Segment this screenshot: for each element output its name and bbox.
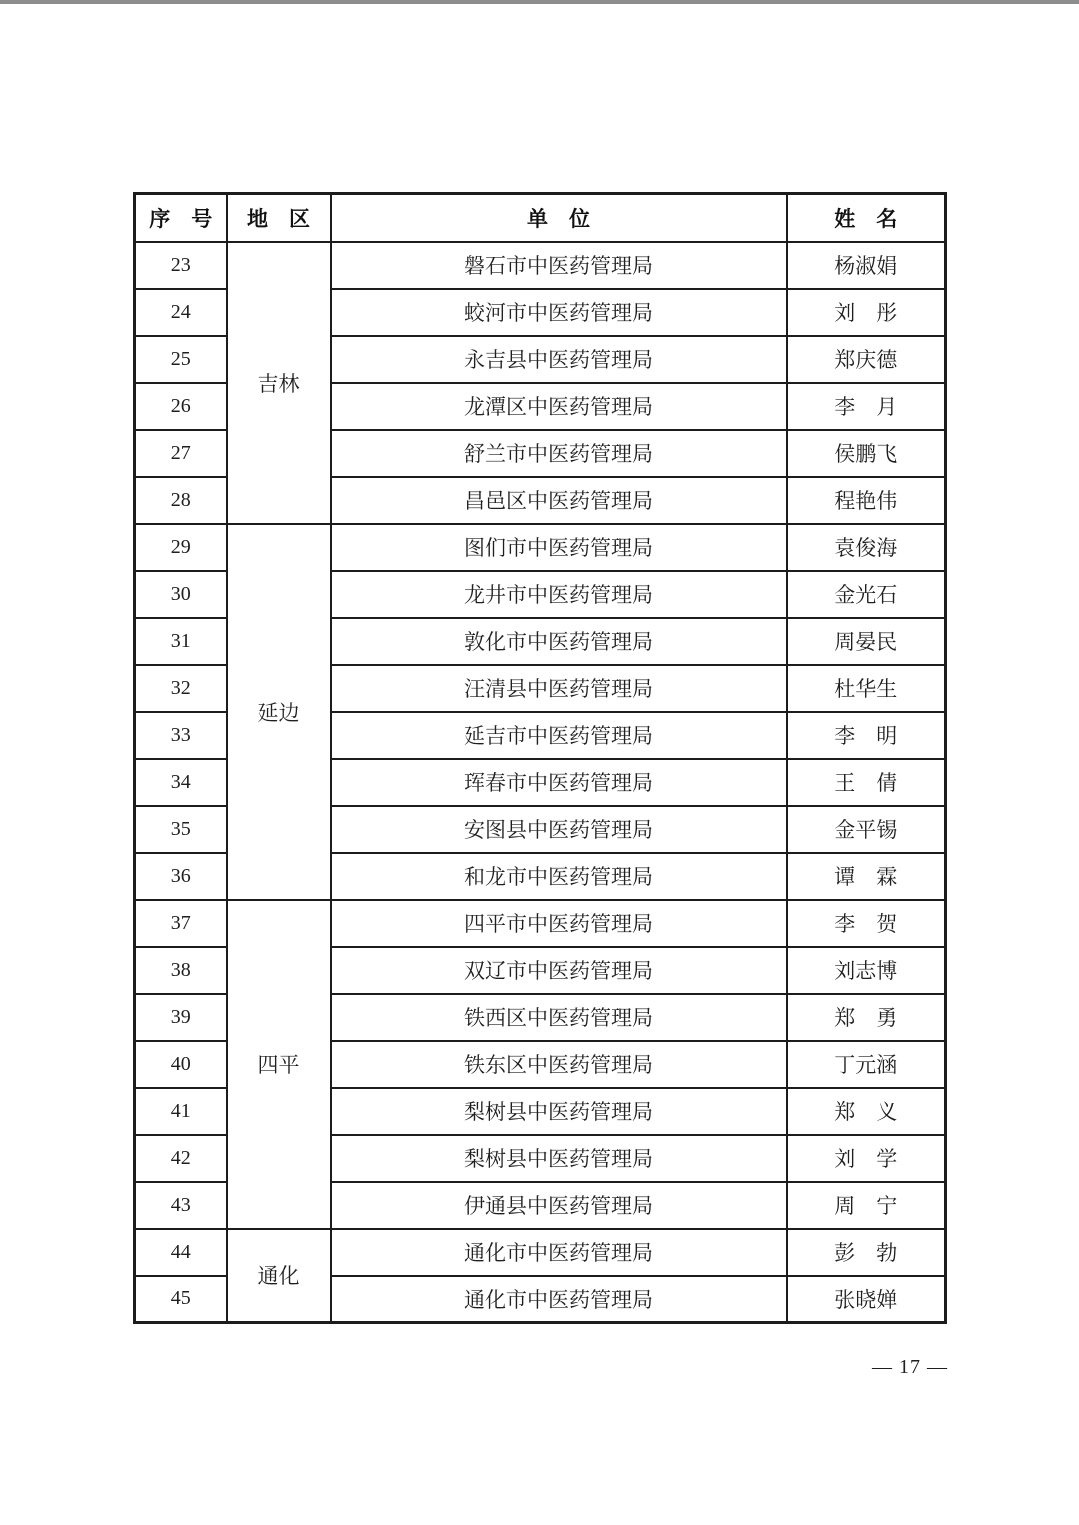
- cell-name: 李 明: [787, 712, 946, 759]
- cell-no: 45: [135, 1276, 227, 1323]
- cell-unit: 珲春市中医药管理局: [331, 759, 787, 806]
- header-cell-region: 地 区: [227, 194, 331, 242]
- cell-region: 延边: [227, 524, 331, 900]
- cell-name: 郑 勇: [787, 994, 946, 1041]
- header-row: 序 号 地 区 单 位 姓 名: [135, 194, 946, 242]
- table-row: 23吉林磐石市中医药管理局杨淑娟: [135, 242, 946, 289]
- cell-name: 侯鹏飞: [787, 430, 946, 477]
- cell-name: 张晓婵: [787, 1276, 946, 1323]
- cell-name: 杨淑娟: [787, 242, 946, 289]
- header-cell-name: 姓 名: [787, 194, 946, 242]
- cell-unit: 安图县中医药管理局: [331, 806, 787, 853]
- cell-name: 周 宁: [787, 1182, 946, 1229]
- cell-no: 42: [135, 1135, 227, 1182]
- cell-unit: 铁西区中医药管理局: [331, 994, 787, 1041]
- cell-name: 丁元涵: [787, 1041, 946, 1088]
- page-number: — 17 —: [872, 1356, 948, 1379]
- cell-no: 26: [135, 383, 227, 430]
- cell-name: 刘志博: [787, 947, 946, 994]
- cell-name: 李 贺: [787, 900, 946, 947]
- cell-no: 23: [135, 242, 227, 289]
- cell-unit: 图们市中医药管理局: [331, 524, 787, 571]
- cell-unit: 龙潭区中医药管理局: [331, 383, 787, 430]
- roster-table-body: 23吉林磐石市中医药管理局杨淑娟24蛟河市中医药管理局刘 彤25永吉县中医药管理…: [135, 242, 946, 1323]
- cell-no: 31: [135, 618, 227, 665]
- cell-name: 程艳伟: [787, 477, 946, 524]
- cell-no: 28: [135, 477, 227, 524]
- cell-unit: 通化市中医药管理局: [331, 1276, 787, 1323]
- cell-no: 44: [135, 1229, 227, 1276]
- cell-region: 通化: [227, 1229, 331, 1323]
- cell-unit: 永吉县中医药管理局: [331, 336, 787, 383]
- cell-unit: 通化市中医药管理局: [331, 1229, 787, 1276]
- cell-name: 郑庆德: [787, 336, 946, 383]
- cell-name: 刘 彤: [787, 289, 946, 336]
- cell-no: 38: [135, 947, 227, 994]
- cell-unit: 磐石市中医药管理局: [331, 242, 787, 289]
- cell-no: 35: [135, 806, 227, 853]
- cell-no: 32: [135, 665, 227, 712]
- cell-unit: 昌邑区中医药管理局: [331, 477, 787, 524]
- cell-no: 27: [135, 430, 227, 477]
- header-cell-unit: 单 位: [331, 194, 787, 242]
- cell-no: 24: [135, 289, 227, 336]
- cell-name: 刘 学: [787, 1135, 946, 1182]
- cell-name: 王 倩: [787, 759, 946, 806]
- cell-unit: 龙井市中医药管理局: [331, 571, 787, 618]
- cell-no: 34: [135, 759, 227, 806]
- cell-region: 四平: [227, 900, 331, 1229]
- cell-name: 彭 勃: [787, 1229, 946, 1276]
- cell-name: 杜华生: [787, 665, 946, 712]
- cell-no: 43: [135, 1182, 227, 1229]
- cell-name: 谭 霖: [787, 853, 946, 900]
- cell-unit: 伊通县中医药管理局: [331, 1182, 787, 1229]
- cell-unit: 铁东区中医药管理局: [331, 1041, 787, 1088]
- roster-table: 序 号 地 区 单 位 姓 名 23吉林磐石市中医药管理局杨淑娟24蛟河市中医药…: [133, 192, 947, 1324]
- cell-unit: 汪清县中医药管理局: [331, 665, 787, 712]
- cell-name: 袁俊海: [787, 524, 946, 571]
- cell-unit: 蛟河市中医药管理局: [331, 289, 787, 336]
- cell-unit: 双辽市中医药管理局: [331, 947, 787, 994]
- cell-no: 25: [135, 336, 227, 383]
- table-row: 29延边图们市中医药管理局袁俊海: [135, 524, 946, 571]
- cell-unit: 四平市中医药管理局: [331, 900, 787, 947]
- cell-unit: 舒兰市中医药管理局: [331, 430, 787, 477]
- cell-name: 郑 义: [787, 1088, 946, 1135]
- cell-unit: 延吉市中医药管理局: [331, 712, 787, 759]
- cell-no: 40: [135, 1041, 227, 1088]
- cell-no: 41: [135, 1088, 227, 1135]
- cell-no: 29: [135, 524, 227, 571]
- cell-name: 李 月: [787, 383, 946, 430]
- cell-no: 39: [135, 994, 227, 1041]
- cell-no: 30: [135, 571, 227, 618]
- cell-no: 36: [135, 853, 227, 900]
- table-row: 44通化通化市中医药管理局彭 勃: [135, 1229, 946, 1276]
- cell-unit: 梨树县中医药管理局: [331, 1088, 787, 1135]
- cell-name: 周晏民: [787, 618, 946, 665]
- cell-name: 金平锡: [787, 806, 946, 853]
- cell-unit: 和龙市中医药管理局: [331, 853, 787, 900]
- cell-unit: 梨树县中医药管理局: [331, 1135, 787, 1182]
- table-row: 37四平四平市中医药管理局李 贺: [135, 900, 946, 947]
- cell-no: 33: [135, 712, 227, 759]
- cell-region: 吉林: [227, 242, 331, 524]
- scan-top-edge: [0, 0, 1079, 4]
- cell-no: 37: [135, 900, 227, 947]
- header-cell-no: 序 号: [135, 194, 227, 242]
- cell-name: 金光石: [787, 571, 946, 618]
- cell-unit: 敦化市中医药管理局: [331, 618, 787, 665]
